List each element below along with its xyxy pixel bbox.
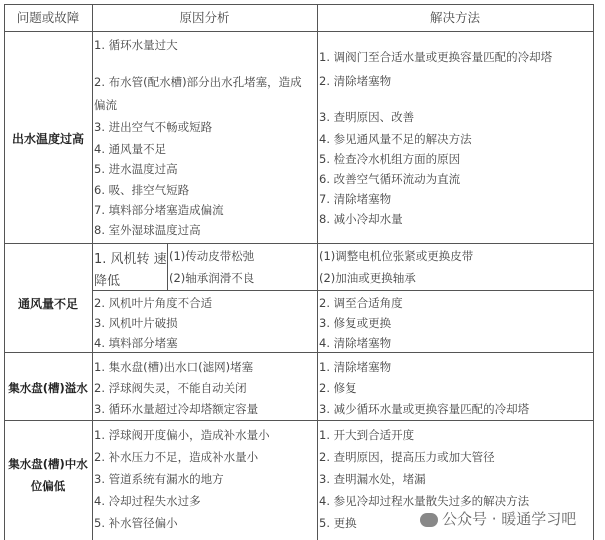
solution-item: 5. 更换 (319, 515, 357, 531)
cause-item: 1. 集水盘(槽)出水口(滤网)堵塞 (94, 359, 253, 375)
cause-item: 6. 吸、排空气短路 (94, 182, 189, 198)
cause-item: 8. 室外湿球温度过高 (94, 222, 201, 238)
solution-item: 8. 减小冷却水量 (319, 211, 403, 227)
cause-item: 4. 冷却过程失水过多 (94, 493, 201, 509)
cause-item: 5. 补水管径偏小 (94, 515, 178, 531)
solution-item: 1. 开大到合适开度 (319, 427, 414, 443)
cause-item: 偏流 (94, 97, 117, 113)
category-label: 出水温度过高 (4, 130, 92, 147)
sub-solution-item: (1)调整电机位张紧或更换皮带 (319, 248, 473, 264)
fault-table: 问题或故障 原因分析 解决方法 出水温度过高 1. 循环水量过大 2. 布水管(… (4, 4, 594, 540)
category-label: 集水盘(槽)中水 (4, 456, 92, 472)
column-divider (317, 4, 318, 540)
sub-cause-item: (1)传动皮带松弛 (169, 248, 254, 264)
solution-item: 1. 调阀门至合适水量或更换容量匹配的冷却塔 (319, 49, 552, 65)
cause-item: 3. 管道系统有漏水的地方 (94, 471, 224, 487)
solution-item: 2. 调至合适角度 (319, 295, 403, 311)
solution-item: 6. 改善空气循环流动为直流 (319, 171, 460, 187)
sub-solution-item: (2)加油或更换轴承 (319, 270, 416, 286)
watermark-text: 公众号 · 暖通学习吧 (442, 510, 576, 528)
cause-item: 1. 浮球阀开度偏小，造成补水量小 (94, 427, 270, 443)
solution-item: 1. 清除堵塞物 (319, 359, 391, 375)
solution-item: 3. 查明漏水处，堵漏 (319, 471, 426, 487)
category-label: 通风量不足 (4, 295, 92, 312)
solution-item: 7. 清除堵塞物 (319, 191, 391, 207)
solution-item: 2. 清除堵塞物 (319, 73, 391, 89)
solution-item: 2. 查明原因，提高压力或加大管径 (319, 449, 495, 465)
wechat-icon (420, 513, 438, 527)
solution-item: 2. 修复 (319, 380, 357, 396)
cause-item: 5. 进水温度过高 (94, 161, 178, 177)
header-solution: 解决方法 (317, 4, 593, 31)
column-divider (92, 4, 93, 540)
solution-item: 3. 减少循环水量或更换容量匹配的冷却塔 (319, 401, 529, 417)
solution-item: 4. 清除堵塞物 (319, 335, 391, 351)
cause-item: 4. 通风量不足 (94, 141, 166, 157)
table-border-right (593, 4, 594, 540)
solution-item: 5. 检查冷水机组方面的原因 (319, 151, 460, 167)
cause-item: 4. 填料部分堵塞 (94, 335, 178, 351)
cause-item: 3. 风机叶片破损 (94, 315, 178, 331)
cause-item: 1. 风机转 速 (94, 248, 167, 267)
solution-item: 3. 查明原因、改善 (319, 109, 414, 125)
category-label: 位偏低 (4, 478, 92, 494)
cause-item: 3. 进出空气不畅或短路 (94, 119, 212, 135)
cause-item: 7. 填料部分堵塞造成偏流 (94, 202, 224, 218)
solution-item: 3. 修复或更换 (319, 315, 391, 331)
subcell-divider (167, 243, 168, 290)
header-fault: 问题或故障 (4, 4, 92, 31)
cause-item: 1. 循环水量过大 (94, 37, 178, 53)
header-cause: 原因分析 (92, 4, 317, 31)
cause-item: 3. 循环水量超过冷却塔额定容量 (94, 401, 258, 417)
cause-item: 2. 补水压力不足，造成补水量小 (94, 449, 258, 465)
sub-cause-item: (2)轴承润滑不良 (169, 270, 254, 286)
solution-item: 4. 参见通风量不足的解决方法 (319, 131, 472, 147)
category-label: 集水盘(槽)溢水 (4, 380, 92, 396)
subrow-divider (92, 290, 594, 291)
cause-item: 降低 (94, 270, 120, 289)
solution-item: 4. 参见冷却过程水量散失过多的解决方法 (319, 493, 529, 509)
cause-item: 2. 风机叶片角度不合适 (94, 295, 212, 311)
watermark: 公众号 · 暖通学习吧 (418, 508, 578, 529)
cause-item: 2. 浮球阀失灵，不能自动关闭 (94, 380, 247, 396)
cause-item: 2. 布水管(配水槽)部分出水孔堵塞，造成 (94, 74, 302, 90)
